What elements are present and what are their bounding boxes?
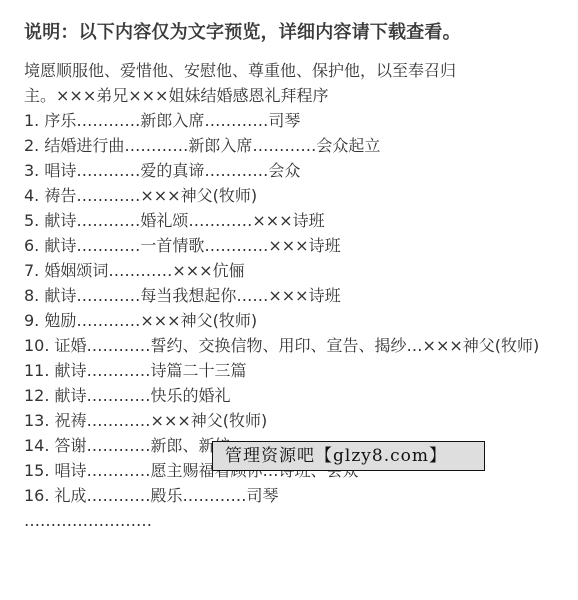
program-item: 12. 献诗…………快乐的婚礼 [24, 383, 554, 408]
program-item: 11. 献诗…………诗篇二十三篇 [24, 358, 554, 383]
program-title: 主。×××弟兄×××姐妹结婚感恩礼拜程序 [24, 83, 554, 108]
program-item: 7. 婚姻颂词…………×××伉俪 [24, 258, 554, 283]
ellipsis-line: …………………… [24, 508, 554, 533]
preview-notice: 说明：以下内容仅为文字预览，详细内容请下载查看。 [24, 18, 461, 44]
program-item: 13. 祝祷…………×××神父(牧师) [24, 408, 554, 433]
program-item: 1. 序乐…………新郎入席…………司琴 [24, 108, 554, 133]
program-item: 4. 祷告…………×××神父(牧师) [24, 183, 554, 208]
program-item: 9. 勉励…………×××神父(牧师) [24, 308, 554, 333]
program-item: 2. 结婚进行曲…………新郎入席…………会众起立 [24, 133, 554, 158]
program-item: 8. 献诗…………每当我想起你……×××诗班 [24, 283, 554, 308]
watermark-banner: 管理资源吧【glzy8.com】 [212, 441, 485, 471]
intro-paragraph: 境愿顺服他、爱惜他、安慰他、尊重他、保护他，以至奉召归 主。×××弟兄×××姐妹… [24, 58, 554, 108]
program-item: 3. 唱诗…………爱的真谛…………会众 [24, 158, 554, 183]
program-item: 16. 礼成…………殿乐…………司琴 [24, 483, 554, 508]
intro-line: 境愿顺服他、爱惜他、安慰他、尊重他、保护他，以至奉召归 [24, 58, 554, 83]
program-item: 5. 献诗…………婚礼颂…………×××诗班 [24, 208, 554, 233]
program-item: 10. 证婚…………誓约、交换信物、用印、宣告、揭纱…×××神父(牧师) [24, 333, 554, 358]
program-item: 6. 献诗…………一首情歌…………×××诗班 [24, 233, 554, 258]
